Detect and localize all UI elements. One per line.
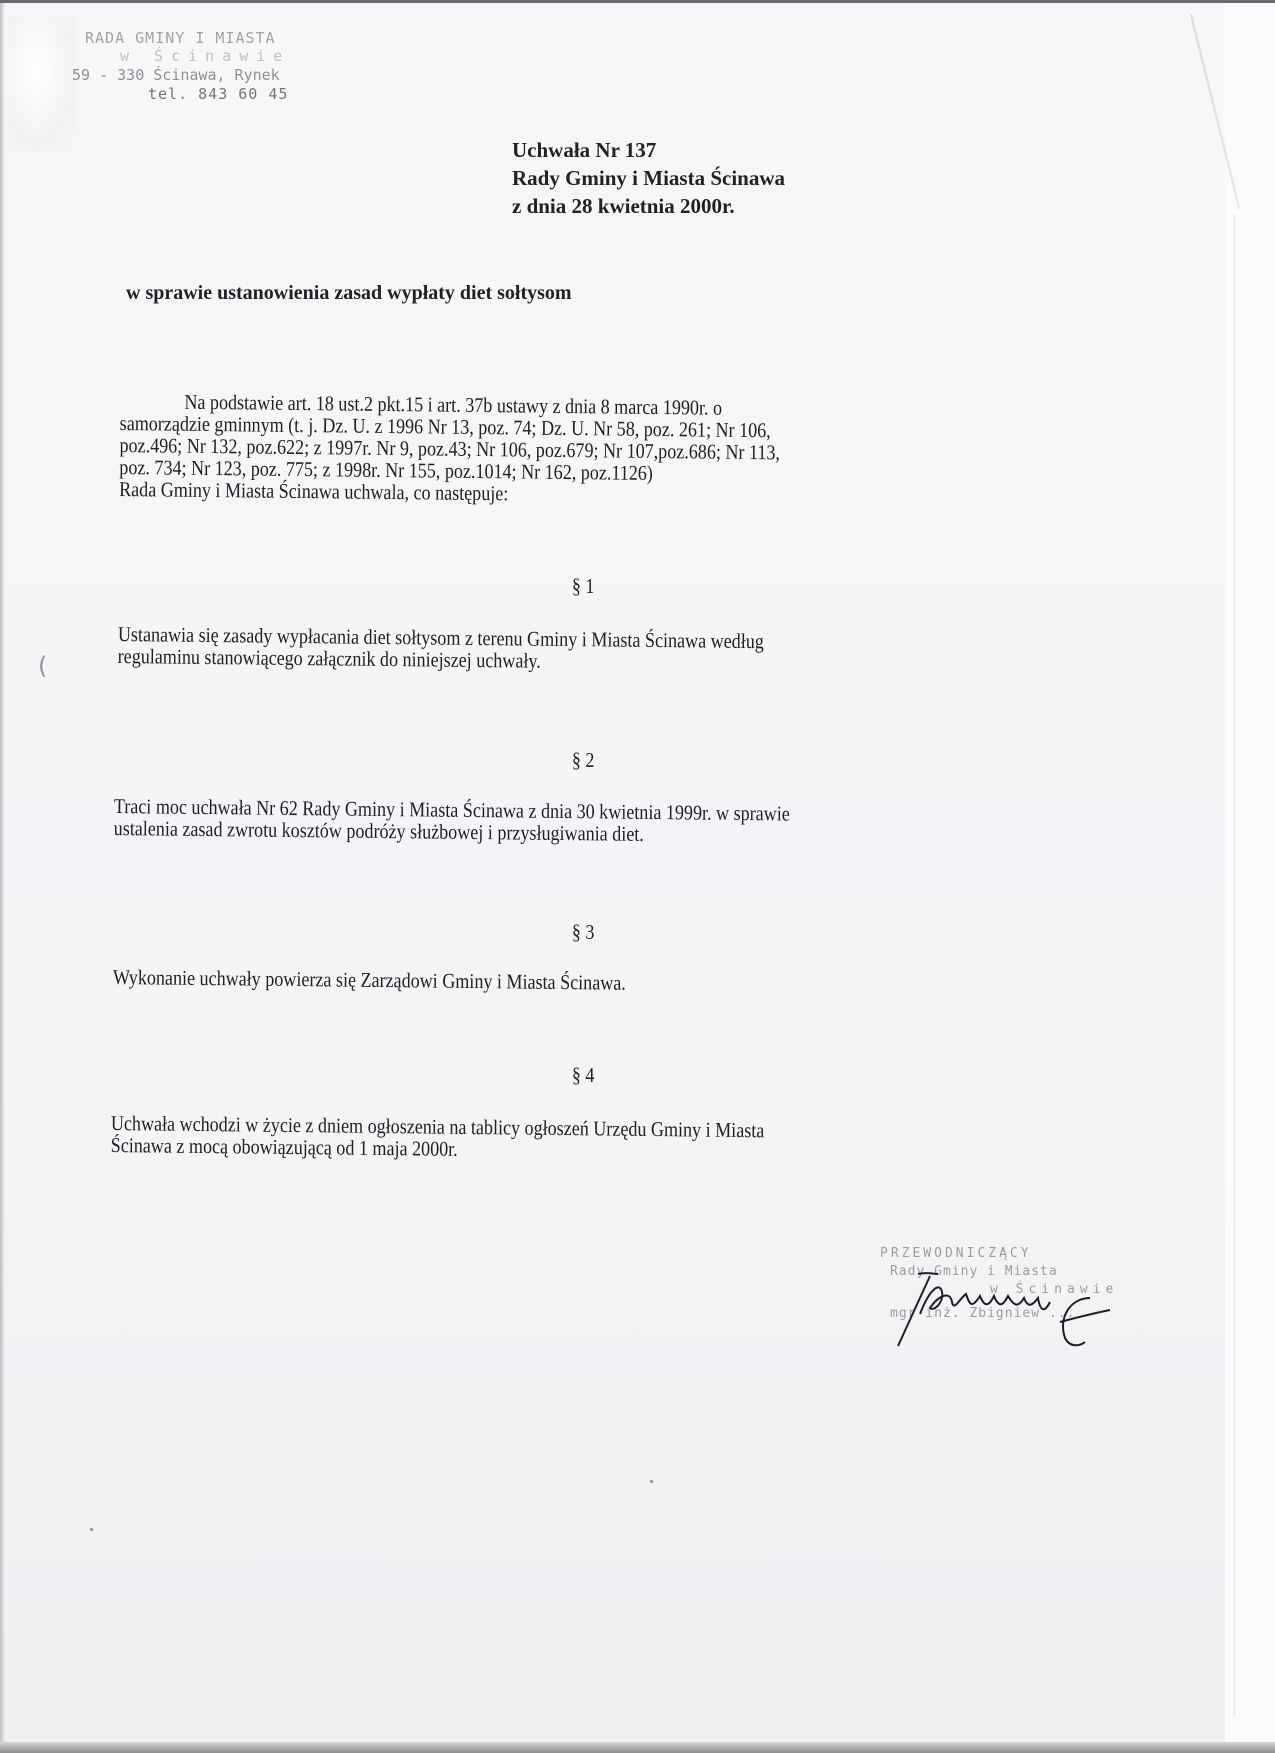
section-line: Wykonanie uchwały powierza się Zarządowi… xyxy=(113,966,626,994)
scan-border-bottom xyxy=(0,1742,1275,1753)
preamble: Na podstawie art. 18 ust.2 pkt.15 i art.… xyxy=(119,390,1066,511)
section-mark-1: § 1 xyxy=(572,574,595,599)
scan-speck xyxy=(650,1480,653,1483)
resolution-issuer: Rady Gminy i Miasta Ścinawa xyxy=(512,164,785,192)
section-mark-4: § 4 xyxy=(572,1063,595,1088)
section-4-text: Uchwała wchodzi w życie z dniem ogłoszen… xyxy=(111,1112,765,1163)
torn-corner xyxy=(8,15,78,155)
stamp-line-address: 59 - 330 Ścinawa, Rynek xyxy=(72,67,280,83)
stamp-line-phone: tel. 843 60 45 xyxy=(148,86,288,102)
paper-edge xyxy=(1234,215,1235,1715)
stamp-line-council: RADA GMINY I MIASTA xyxy=(85,30,276,46)
resolution-subject: w sprawie ustanowienia zasad wypłaty die… xyxy=(126,282,572,305)
handwritten-signature xyxy=(890,1268,1120,1353)
document-page: RADA GMINY I MIASTA w Ścinawie 59 - 330 … xyxy=(0,0,1226,1742)
resolution-date: z dnia 28 kwietnia 2000r. xyxy=(512,192,785,220)
section-3-text: Wykonanie uchwały powierza się Zarządowi… xyxy=(113,966,626,994)
chairman-stamp-title: PRZEWODNICZĄCY xyxy=(880,1245,1140,1263)
margin-mark: ( xyxy=(38,652,47,680)
scan-speck xyxy=(90,1528,93,1531)
section-mark-3: § 3 xyxy=(572,920,595,945)
scan-border-top xyxy=(0,0,1275,3)
scan-margin-right xyxy=(1225,3,1275,1742)
stamp-line-town: w Ścinawie xyxy=(120,48,290,64)
section-mark-2: § 2 xyxy=(572,748,595,773)
resolution-header: Uchwała Nr 137 Rady Gminy i Miasta Ścina… xyxy=(512,136,785,220)
section-1-text: Ustanawia się zasady wypłacania diet soł… xyxy=(118,623,764,674)
section-2-text: Traci moc uchwała Nr 62 Rady Gminy i Mia… xyxy=(114,795,790,847)
resolution-number: Uchwała Nr 137 xyxy=(512,136,785,164)
